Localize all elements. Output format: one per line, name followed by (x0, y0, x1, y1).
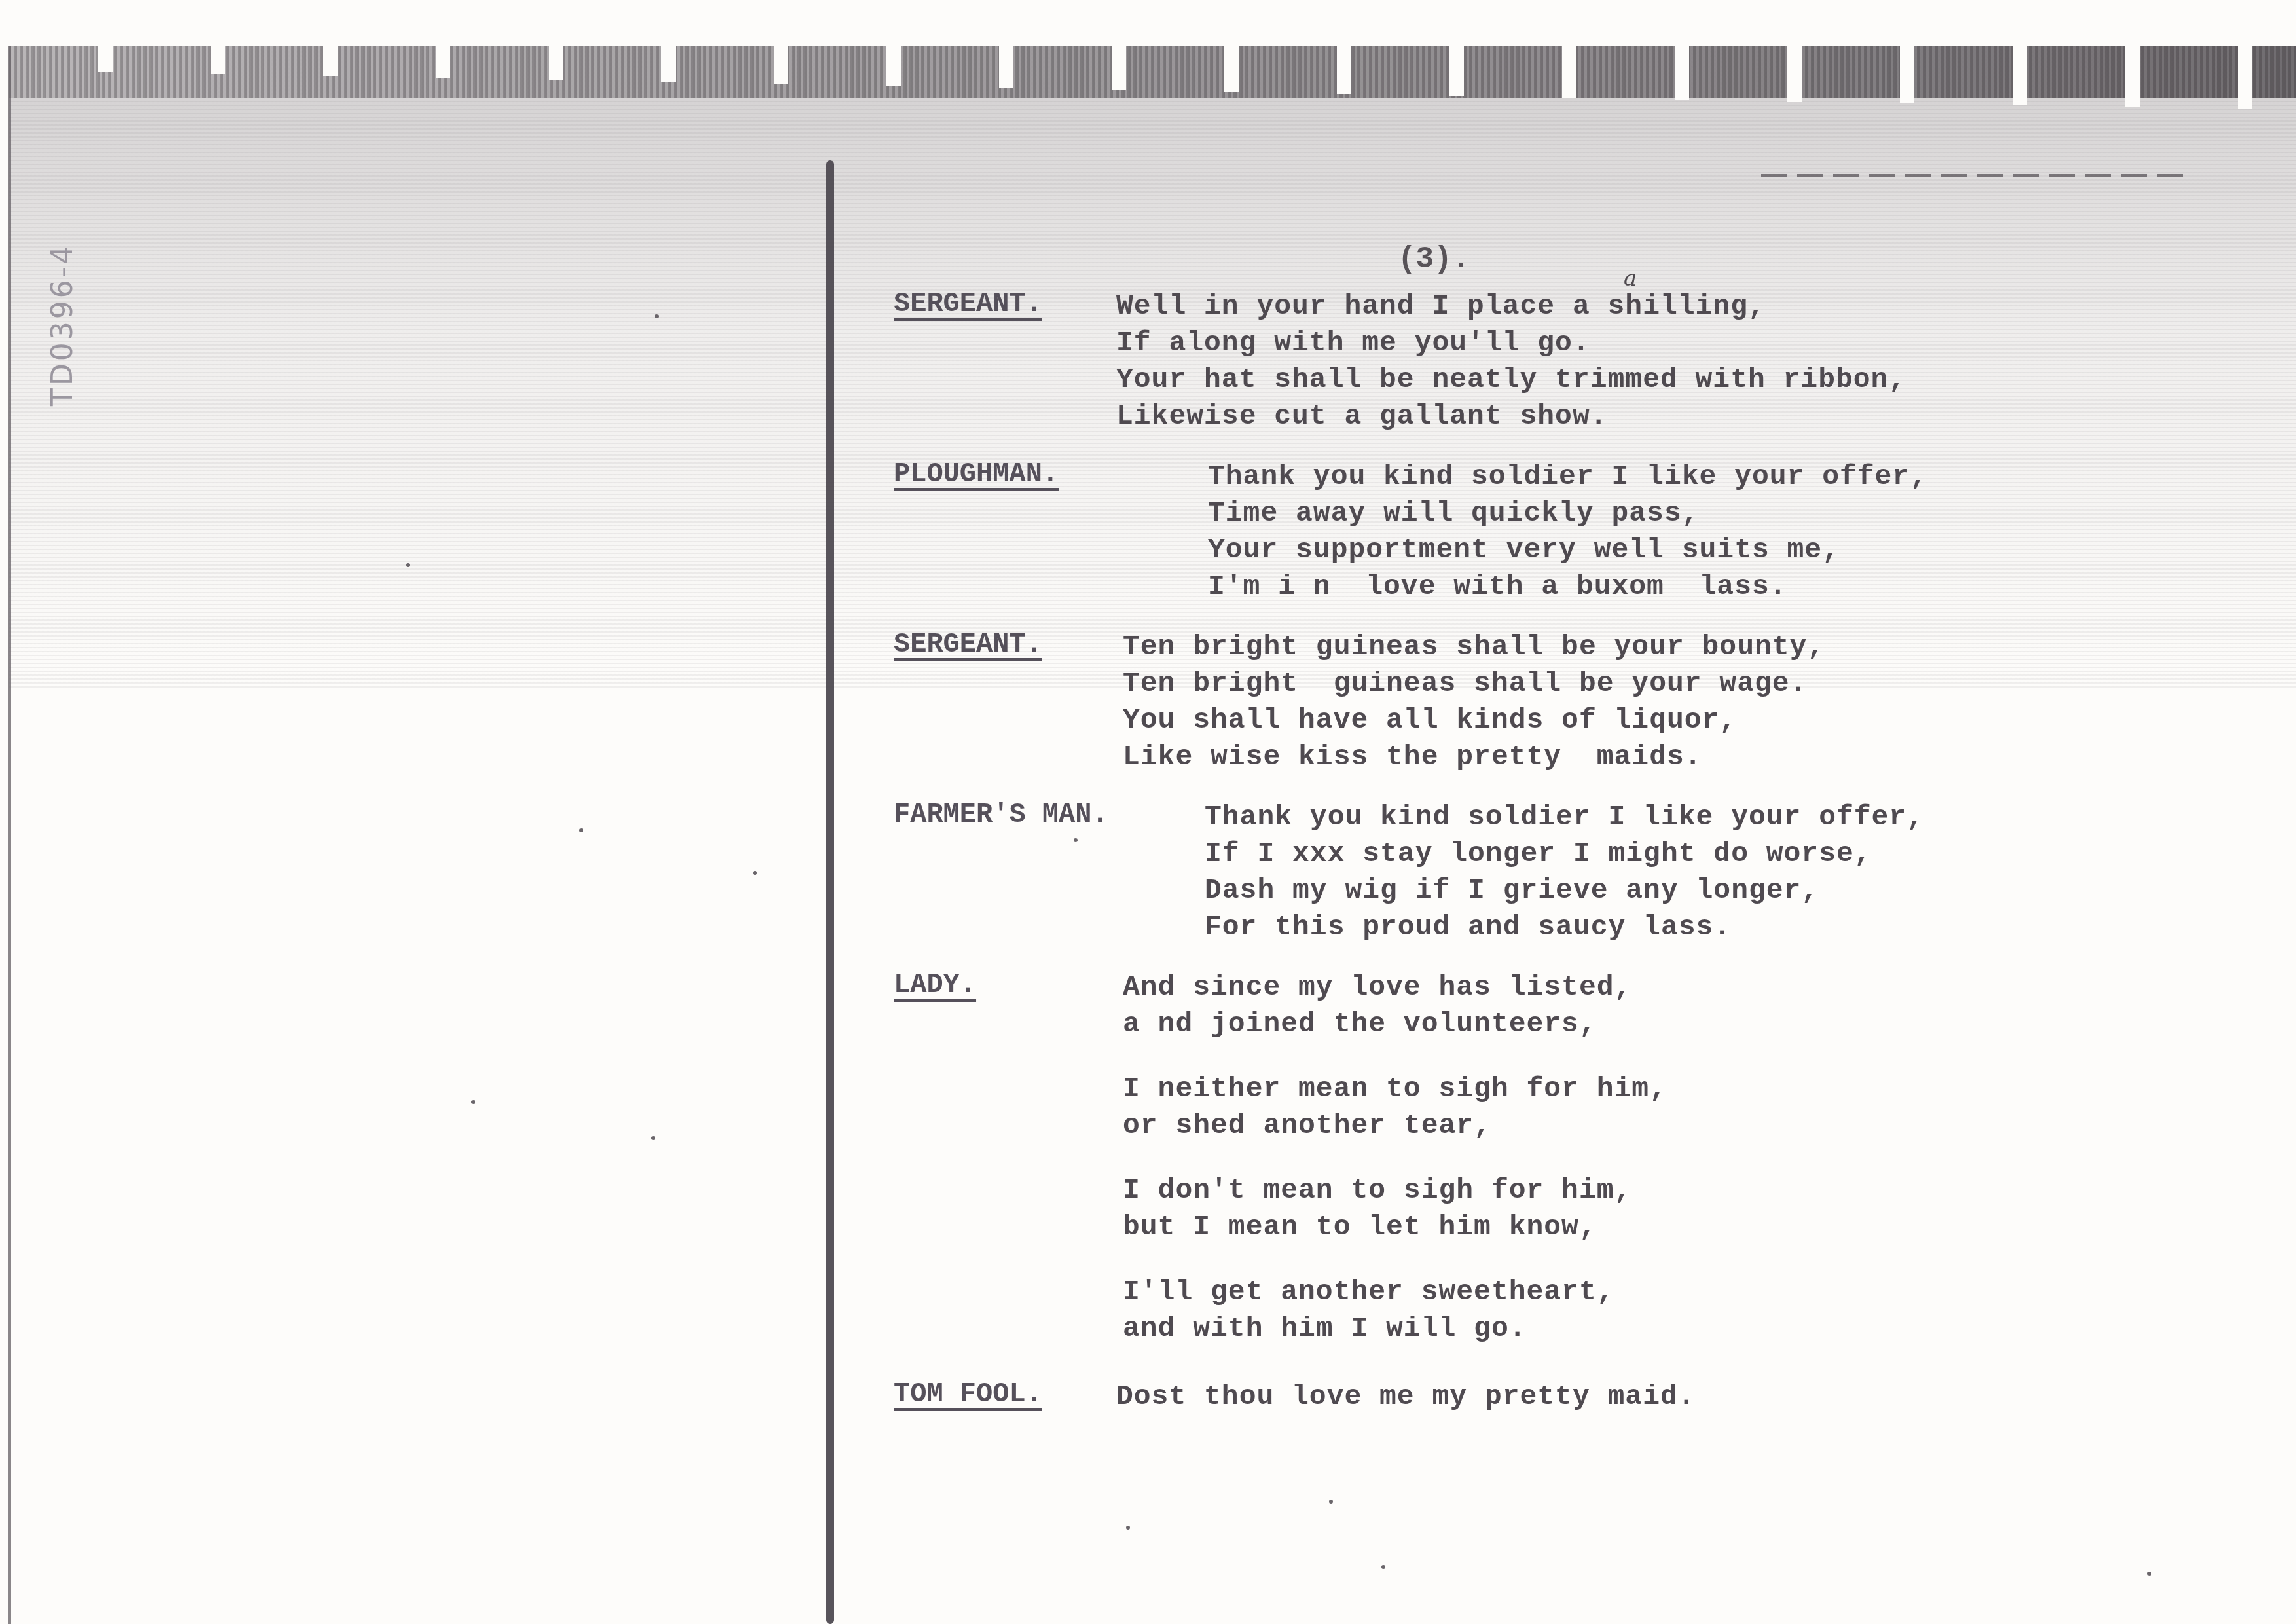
left-page-edge (8, 46, 11, 1624)
verse-line: For this proud and saucy lass. (1205, 909, 1924, 946)
stanza: Ten bright guineas shall be your bounty,… (1123, 629, 1825, 775)
stanza: And since my love has listed,a nd joined… (1123, 969, 1631, 1043)
speaker-name: TOM FOOL. (894, 1378, 1042, 1410)
speck (1126, 1526, 1130, 1530)
sprocket-notch (1675, 46, 1689, 100)
verse-line: Dash my wig if I grieve any longer, (1205, 872, 1924, 909)
sprocket-notch (436, 46, 450, 78)
verse-line: If I xxx stay longer I might do worse, (1205, 836, 1924, 872)
verse-line: and with him I will go. (1123, 1310, 1614, 1347)
stanza: I neither mean to sigh for him,or shed a… (1123, 1071, 1667, 1144)
margin-reference-number: TD0396-4 (46, 243, 79, 406)
speck (1074, 838, 1078, 842)
sprocket-notch (999, 46, 1013, 88)
speaker-name: PLOUGHMAN. (894, 458, 1059, 490)
sprocket-notch (2013, 46, 2027, 105)
verse-line: If along with me you'll go. (1116, 325, 1906, 361)
speck (471, 1100, 475, 1104)
speck (753, 871, 757, 875)
stanza: I don't mean to sigh for him,but I mean … (1123, 1172, 1631, 1246)
sprocket-notch (774, 46, 788, 84)
verse-line: Ten bright guineas shall be your wage. (1123, 665, 1825, 702)
speck (579, 828, 583, 832)
speaker-name: FARMER'S MAN. (894, 799, 1108, 830)
speck (406, 563, 410, 567)
verse-line: Ten bright guineas shall be your bounty, (1123, 629, 1825, 665)
verse-line: Thank you kind soldier I like your offer… (1208, 458, 1927, 495)
stanza: Thank you kind soldier I like your offer… (1205, 799, 1924, 946)
verse-line: I neither mean to sigh for him, (1123, 1071, 1667, 1107)
speck (655, 314, 659, 318)
verse-line: Time away will quickly pass, (1208, 495, 1927, 532)
verse-line: Well in your hand I place a shilling, (1116, 288, 1906, 325)
verse-line: I'm i n love with a buxom lass. (1208, 568, 1927, 605)
verse-line: And since my love has listed, (1123, 969, 1631, 1006)
page-number: (3). (1398, 242, 1470, 276)
verse-line: a nd joined the volunteers, (1123, 1006, 1631, 1043)
sprocket-notch (1112, 46, 1126, 90)
speaker-name: LADY. (894, 969, 976, 1001)
verse-line: but I mean to let him know, (1123, 1209, 1631, 1246)
verse-line: You shall have all kinds of liquor, (1123, 702, 1825, 739)
sprocket-notch (1562, 46, 1576, 98)
sprocket-notch (1900, 46, 1914, 103)
verse-line: or shed another tear, (1123, 1107, 1667, 1144)
stanza: I'll get another sweetheart,and with him… (1123, 1274, 1614, 1347)
sprocket-notch (1337, 46, 1351, 94)
sprocket-notch (323, 46, 338, 76)
verse-line: Your hat shall be neatly trimmed with ri… (1116, 361, 1906, 398)
verse-line: Likewise cut a gallant show. (1116, 398, 1906, 435)
copy-artifact-line (1761, 174, 2193, 177)
verse-line: I'll get another sweetheart, (1123, 1274, 1614, 1310)
sprocket-notch (98, 46, 113, 72)
verse-line: Your supportment very well suits me, (1208, 532, 1927, 568)
stanza: Dost thou love me my pretty maid. (1116, 1378, 1696, 1415)
verse-line: I don't mean to sigh for him, (1123, 1172, 1631, 1209)
sprocket-notch (886, 46, 901, 86)
sprocket-notch (2125, 46, 2140, 107)
sprocket-notch (1787, 46, 1802, 101)
sprocket-notch (1224, 46, 1239, 92)
verse-line: Thank you kind soldier I like your offer… (1205, 799, 1924, 836)
sprocket-notch (211, 46, 225, 74)
speaker-name: SERGEANT. (894, 288, 1042, 320)
sprocket-notch (661, 46, 676, 82)
photocopy-edge-band (9, 46, 2296, 98)
stanza: Thank you kind soldier I like your offer… (1208, 458, 1927, 605)
sprocket-notch (1449, 46, 1464, 96)
sprocket-notch (549, 46, 563, 80)
handwritten-insertion-a: a (1624, 265, 1637, 291)
vertical-fold-line (826, 160, 834, 1624)
document-page: TD0396-4 (3). a SERGEANT.Well in your ha… (0, 0, 2296, 1624)
speck (1329, 1500, 1333, 1504)
speck (651, 1136, 655, 1140)
verse-line: Like wise kiss the pretty maids. (1123, 739, 1825, 775)
speaker-name: SERGEANT. (894, 629, 1042, 660)
sprocket-notch (2238, 46, 2252, 109)
stanza: Well in your hand I place a shilling,If … (1116, 288, 1906, 435)
speck (2147, 1572, 2151, 1576)
speck (1381, 1565, 1385, 1569)
verse-line: Dost thou love me my pretty maid. (1116, 1378, 1696, 1415)
